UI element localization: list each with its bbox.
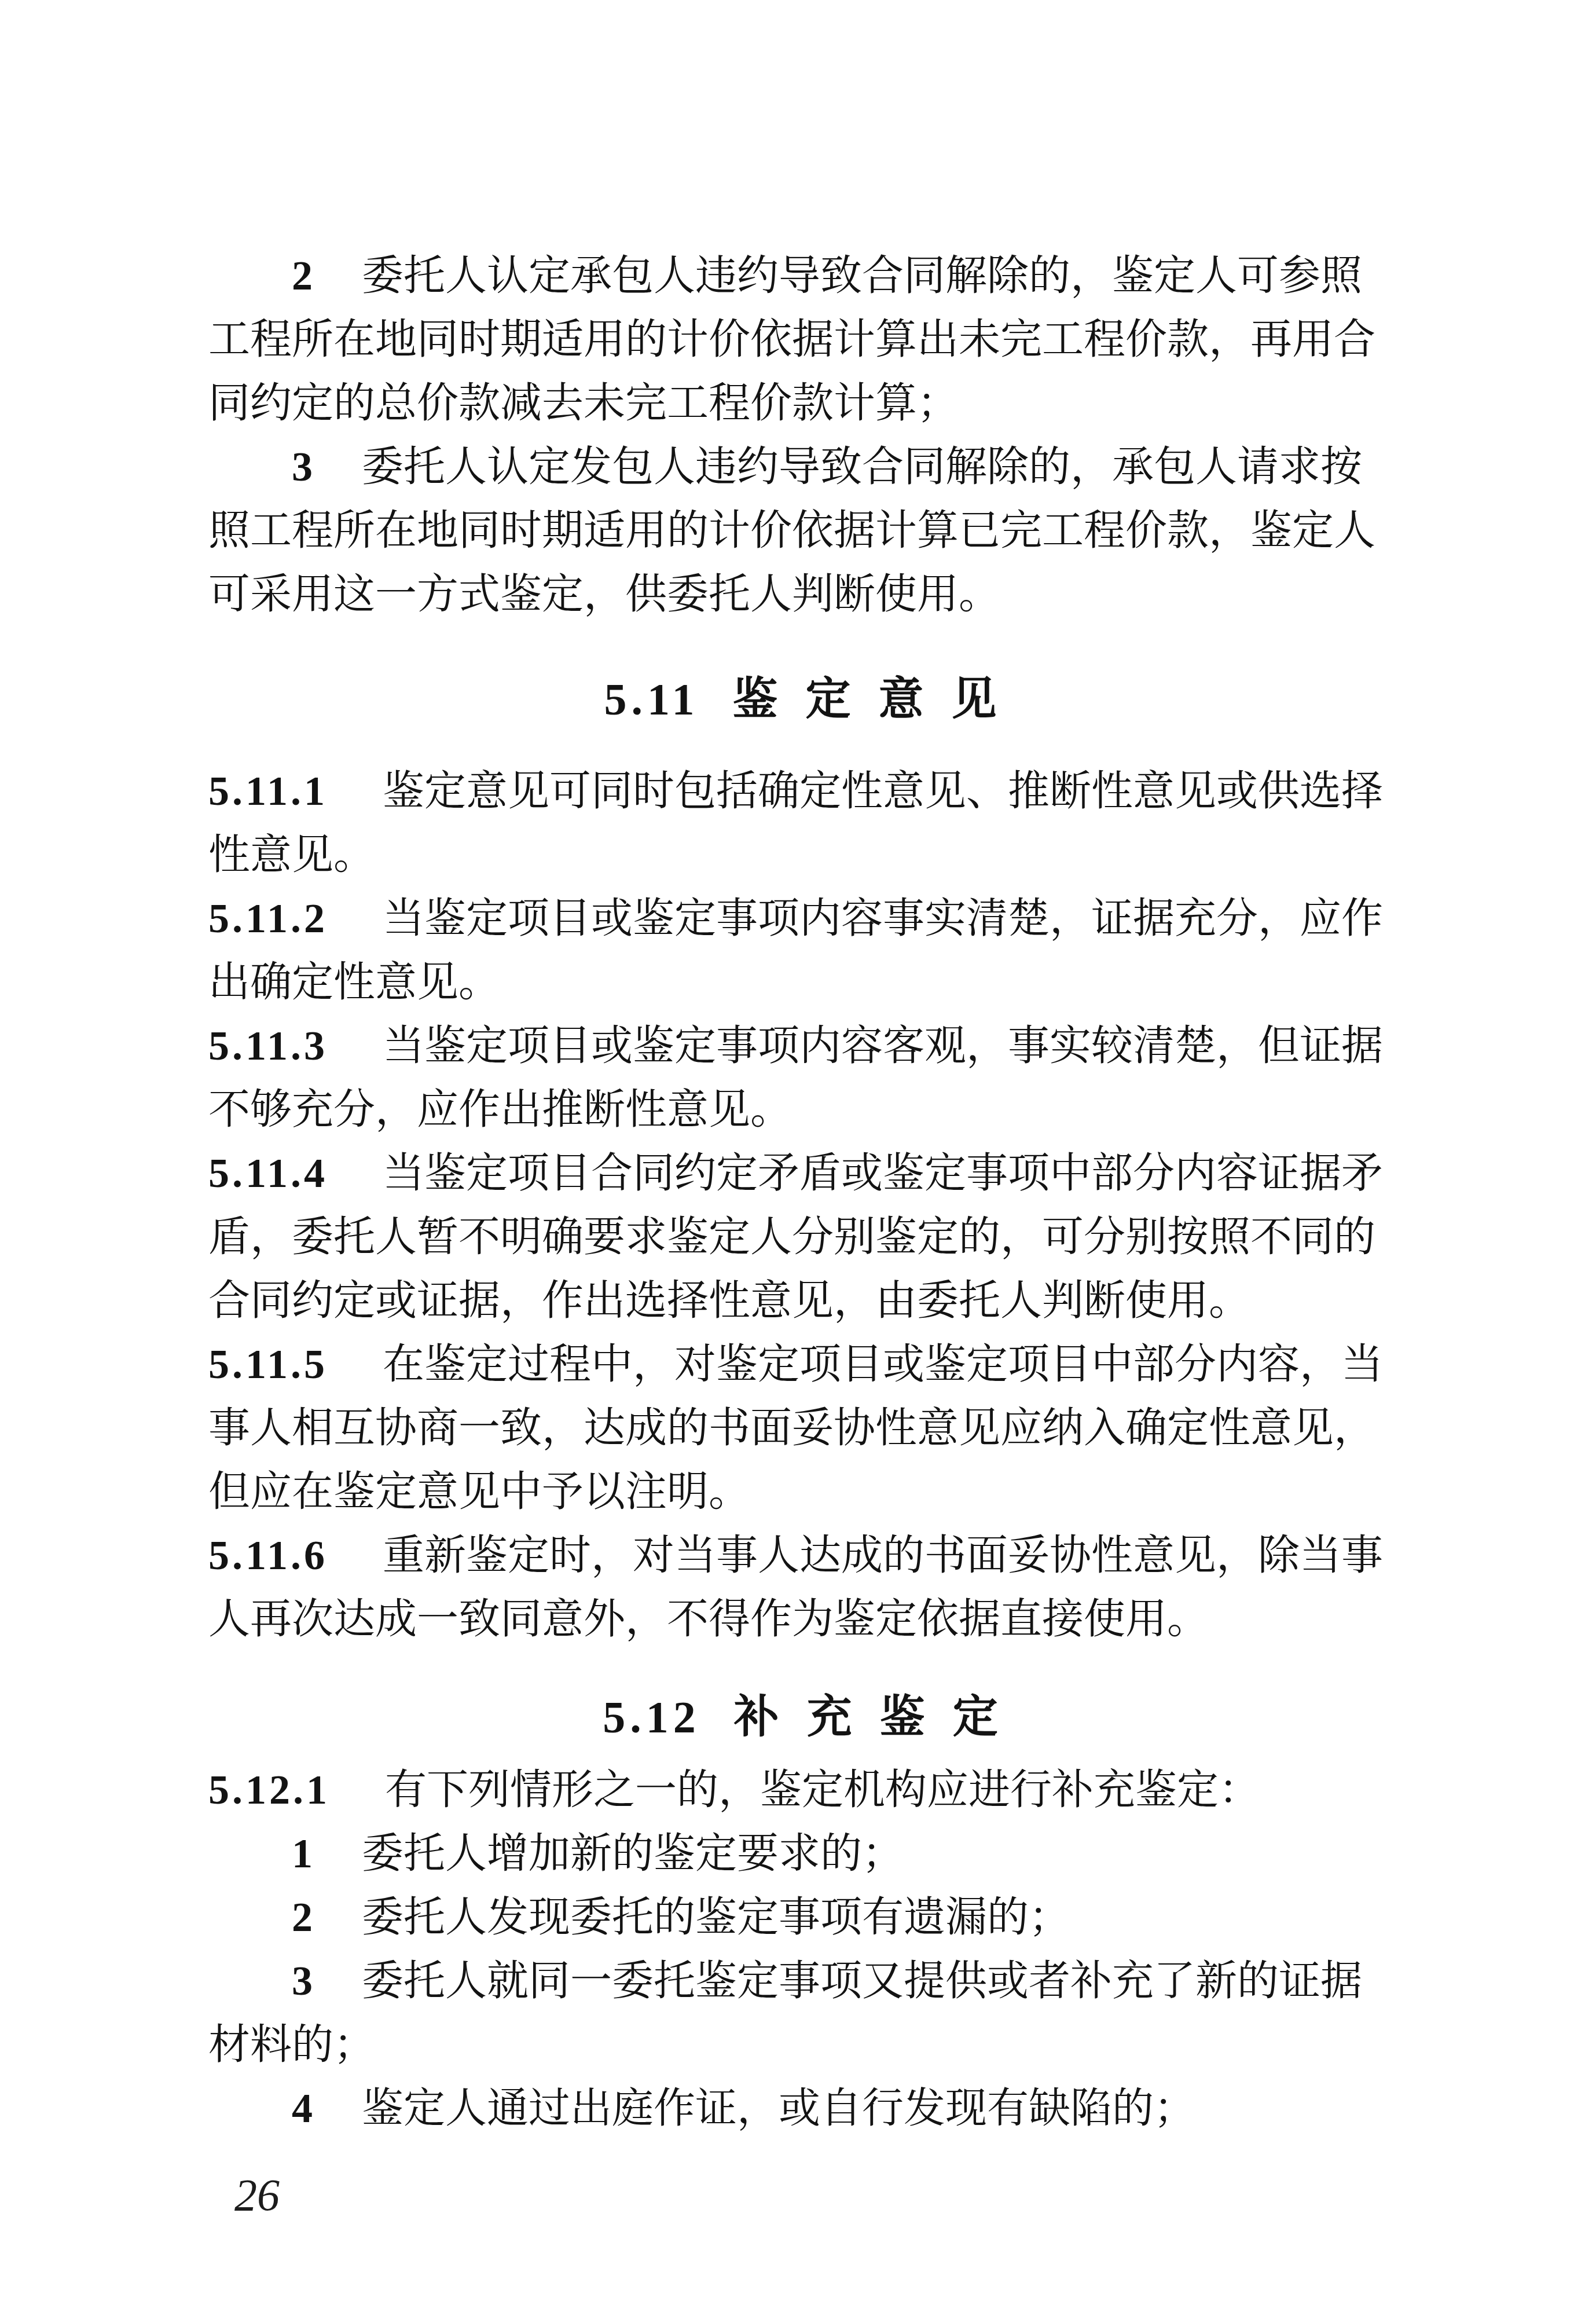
heading-number: 5.11	[604, 674, 699, 724]
clause-number: 5.11.5	[208, 1341, 328, 1387]
text-line: 盾，委托人暂不明确要求鉴定人分别鉴定的，可分别按照不同的	[208, 1214, 1375, 1260]
ordinal-item: 2委托人发现委托的鉴定事项有遗漏的；	[208, 1885, 1392, 1949]
text-line: 当鉴定项目合同约定矛盾或鉴定事项中部分内容证据矛	[383, 1150, 1383, 1196]
item-number: 3	[292, 1958, 313, 2004]
page-number: 26	[234, 2163, 280, 2227]
text-line: 鉴定人通过出庭作证，或自行发现有缺陷的；	[362, 2085, 1195, 2131]
text-line: 照工程所在地同时期适用的计价依据计算已完工程价款，鉴定人	[208, 507, 1375, 554]
clause-paragraph: 5.11.1鉴定意见可同时包括确定性意见、推断性意见或供选择性意见。	[208, 759, 1392, 886]
clause-number: 5.12.1	[208, 1767, 330, 1813]
clause-number: 5.11.3	[208, 1023, 328, 1069]
clause-paragraph: 5.11.5在鉴定过程中，对鉴定项目或鉴定项目中部分内容，当事人相互协商一致，达…	[208, 1332, 1392, 1523]
text-line: 人再次达成一致同意外，不得作为鉴定依据直接使用。	[208, 1596, 1209, 1642]
section-heading: 5.11鉴定意见	[208, 668, 1392, 731]
ordinal-item: 3委托人认定发包人违约导致合同解除的，承包人请求按照工程所在地同时期适用的计价依…	[208, 435, 1392, 626]
ordinal-item: 2委托人认定承包人违约导致合同解除的，鉴定人可参照工程所在地同时期适用的计价依据…	[208, 244, 1392, 435]
text-line: 鉴定意见可同时包括确定性意见、推断性意见或供选择	[383, 768, 1383, 814]
ordinal-item: 1委托人增加新的鉴定要求的；	[208, 1822, 1392, 1885]
clause-number: 5.11.1	[208, 768, 328, 814]
text-line: 同约定的总价款减去未完工程价款计算；	[208, 380, 959, 426]
clause-paragraph: 5.11.6重新鉴定时，对当事人达成的书面妥协性意见，除当事人再次达成一致同意外…	[208, 1523, 1392, 1651]
item-number: 2	[292, 252, 313, 299]
clause-paragraph: 5.11.2当鉴定项目或鉴定事项内容事实清楚，证据充分，应作出确定性意见。	[208, 886, 1392, 1014]
ordinal-item: 3委托人就同一委托鉴定事项又提供或者补充了新的证据材料的；	[208, 1949, 1392, 2076]
heading-number: 5.12	[603, 1692, 700, 1742]
clause-paragraph: 5.12.1有下列情形之一的，鉴定机构应进行补充鉴定：	[208, 1758, 1392, 1822]
item-number: 4	[292, 2085, 313, 2131]
clause-number: 5.11.2	[208, 895, 328, 941]
text-line: 可采用这一方式鉴定，供委托人判断使用。	[208, 571, 1000, 617]
text-line: 委托人增加新的鉴定要求的；	[362, 1830, 904, 1877]
ordinal-item: 4鉴定人通过出庭作证，或自行发现有缺陷的；	[208, 2076, 1392, 2140]
clause-paragraph: 5.11.3当鉴定项目或鉴定事项内容客观，事实较清楚，但证据不够充分，应作出推断…	[208, 1014, 1392, 1141]
text-line: 不够充分，应作出推断性意见。	[208, 1086, 792, 1133]
clause-paragraph: 5.11.4当鉴定项目合同约定矛盾或鉴定事项中部分内容证据矛盾，委托人暂不明确要…	[208, 1141, 1392, 1332]
item-number: 1	[292, 1830, 313, 1877]
item-number: 2	[292, 1894, 313, 1940]
text-line: 委托人认定发包人违约导致合同解除的，承包人请求按	[362, 444, 1362, 490]
item-number: 3	[292, 444, 313, 490]
clause-number: 5.11.4	[208, 1150, 328, 1196]
page-content: 2委托人认定承包人违约导致合同解除的，鉴定人可参照工程所在地同时期适用的计价依据…	[208, 244, 1392, 2140]
text-line: 出确定性意见。	[208, 959, 500, 1005]
text-line: 但应在鉴定意见中予以注明。	[208, 1468, 750, 1515]
heading-title: 补充鉴定	[734, 1692, 1026, 1742]
page-number-value: 26	[234, 2170, 280, 2220]
text-line: 委托人认定承包人违约导致合同解除的，鉴定人可参照	[362, 252, 1362, 299]
text-line: 性意见。	[208, 831, 375, 878]
document-page: 2委托人认定承包人违约导致合同解除的，鉴定人可参照工程所在地同时期适用的计价依据…	[0, 0, 1596, 2312]
text-line: 重新鉴定时，对当事人达成的书面妥协性意见，除当事	[383, 1532, 1383, 1578]
text-line: 事人相互协商一致，达成的书面妥协性意见应纳入确定性意见，	[208, 1405, 1375, 1451]
text-line: 委托人就同一委托鉴定事项又提供或者补充了新的证据	[362, 1958, 1362, 2004]
text-line: 当鉴定项目或鉴定事项内容客观，事实较清楚，但证据	[383, 1023, 1383, 1069]
text-line: 材料的；	[208, 2021, 375, 2068]
heading-title: 鉴定意见	[733, 674, 1025, 724]
clause-number: 5.11.6	[208, 1532, 328, 1578]
text-line: 合同约定或证据，作出选择性意见，由委托人判断使用。	[208, 1277, 1250, 1324]
section-heading: 5.12补充鉴定	[208, 1686, 1392, 1749]
text-line: 有下列情形之一的，鉴定机构应进行补充鉴定：	[385, 1767, 1260, 1813]
text-line: 当鉴定项目或鉴定事项内容事实清楚，证据充分，应作	[383, 895, 1383, 941]
text-line: 在鉴定过程中，对鉴定项目或鉴定项目中部分内容，当	[383, 1341, 1383, 1387]
text-line: 工程所在地同时期适用的计价依据计算出未完工程价款，再用合	[208, 316, 1375, 362]
text-line: 委托人发现委托的鉴定事项有遗漏的；	[362, 1894, 1070, 1940]
